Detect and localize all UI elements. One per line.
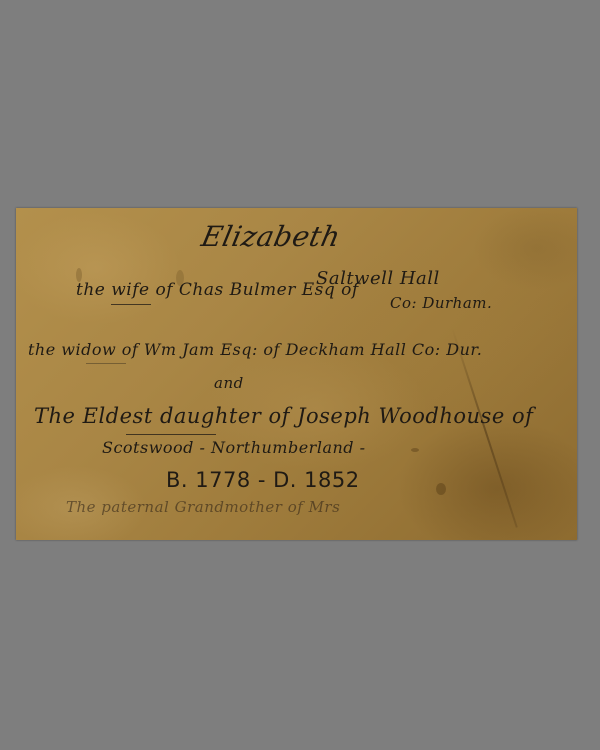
card-line-and: and [214, 374, 244, 392]
stain-spot [436, 483, 446, 495]
parchment-card: Elizabeth the wife of Chas Bulmer Esq of… [16, 208, 577, 540]
stain-spot [411, 448, 419, 452]
ink-underline [111, 304, 151, 305]
card-line-widow-of: the widow of Wm Jam Esq: of Deckham Hall… [28, 340, 482, 359]
card-line-eldest-daughter: The Eldest daughter of Joseph Woodhouse … [34, 404, 533, 428]
card-line-hall: Saltwell Hall [316, 268, 440, 289]
card-line-grandmother: The paternal Grandmother of Mrs [66, 498, 340, 516]
card-dates: B. 1778 - D. 1852 [166, 468, 360, 492]
card-title-name: Elizabeth [198, 220, 343, 253]
ink-underline [86, 363, 126, 364]
ink-underline [126, 434, 216, 435]
card-line-place: Scotswood - Northumberland - [102, 438, 366, 457]
card-line-county: Co: Durham. [390, 294, 492, 312]
photo-stage: Elizabeth the wife of Chas Bulmer Esq of… [0, 0, 600, 750]
